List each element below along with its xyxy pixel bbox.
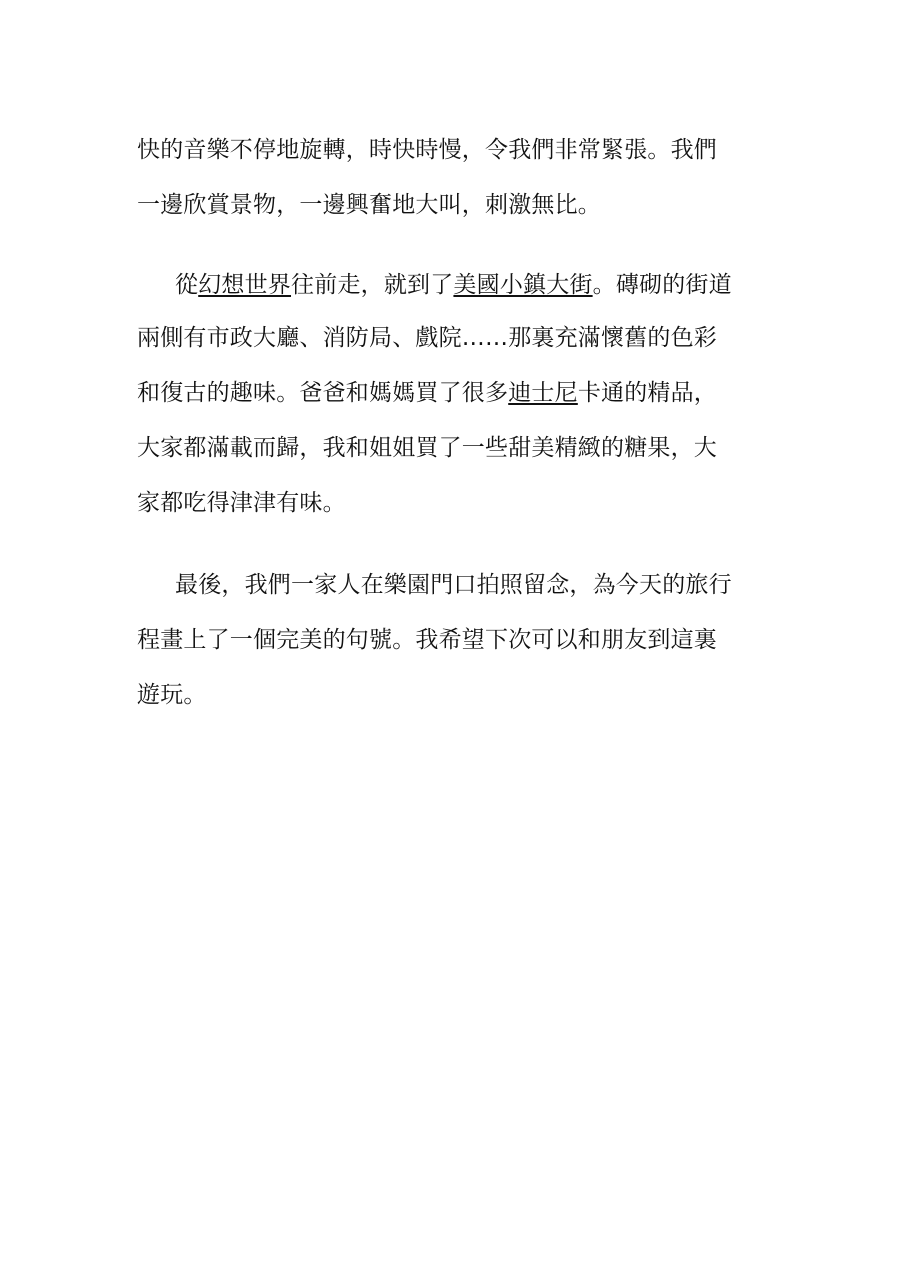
text-line: 兩側有市政大廳、消防局、戲院……那裏充滿懷舊的色彩 — [137, 323, 777, 353]
text-segment: 從 — [175, 272, 198, 298]
text-segment: 兩側有市政大廳、消防局、戲院……那裏充滿懷舊的色彩 — [137, 325, 717, 351]
text-segment: 最後，我們一家人在樂園門口拍照留念，為今天的旅行 — [175, 572, 732, 598]
text-line: 快的音樂不停地旋轉，時快時慢，令我們非常緊張。我們 — [137, 135, 777, 165]
document-page: 快的音樂不停地旋轉，時快時慢，令我們非常緊張。我們 一邊欣賞景物，一邊興奮地大叫… — [0, 0, 905, 1280]
text-segment: 。磚砌的街道 — [593, 272, 732, 298]
text-segment: 快的音樂不停地旋轉，時快時慢，令我們非常緊張。我們 — [137, 137, 717, 163]
text-segment: 一邊欣賞景物，一邊興奮地大叫，刺激無比。 — [137, 192, 601, 218]
text-segment: 程畫上了一個完美的句號。我希望下次可以和朋友到這裏 — [137, 627, 717, 653]
text-segment: 大家都滿載而歸，我和姐姐買了一些甜美精緻的糖果，大 — [137, 435, 717, 461]
text-segment: 往前走，就到了 — [291, 272, 453, 298]
text-line: 和復古的趣味。爸爸和媽媽買了很多迪士尼卡通的精品， — [137, 378, 777, 408]
text-line: 一邊欣賞景物，一邊興奮地大叫，刺激無比。 — [137, 190, 777, 220]
text-line: 遊玩。 — [137, 680, 777, 710]
text-line: 家都吃得津津有味。 — [137, 488, 777, 518]
text-segment: 卡通的精品， — [578, 380, 717, 406]
underlined-proper-noun: 迪士尼 — [508, 380, 578, 406]
text-line: 大家都滿載而歸，我和姐姐買了一些甜美精緻的糖果，大 — [137, 433, 777, 463]
underlined-place-name: 幻想世界 — [198, 272, 291, 298]
text-line: 程畫上了一個完美的句號。我希望下次可以和朋友到這裏 — [137, 625, 777, 655]
underlined-place-name: 美國小鎮大街 — [453, 272, 592, 298]
text-segment: 家都吃得津津有味。 — [137, 490, 346, 516]
text-line: 從幻想世界往前走，就到了美國小鎮大街。磚砌的街道 — [175, 270, 815, 300]
text-segment: 和復古的趣味。爸爸和媽媽買了很多 — [137, 380, 508, 406]
text-segment: 遊玩。 — [137, 682, 207, 708]
text-line: 最後，我們一家人在樂園門口拍照留念，為今天的旅行 — [175, 570, 815, 600]
